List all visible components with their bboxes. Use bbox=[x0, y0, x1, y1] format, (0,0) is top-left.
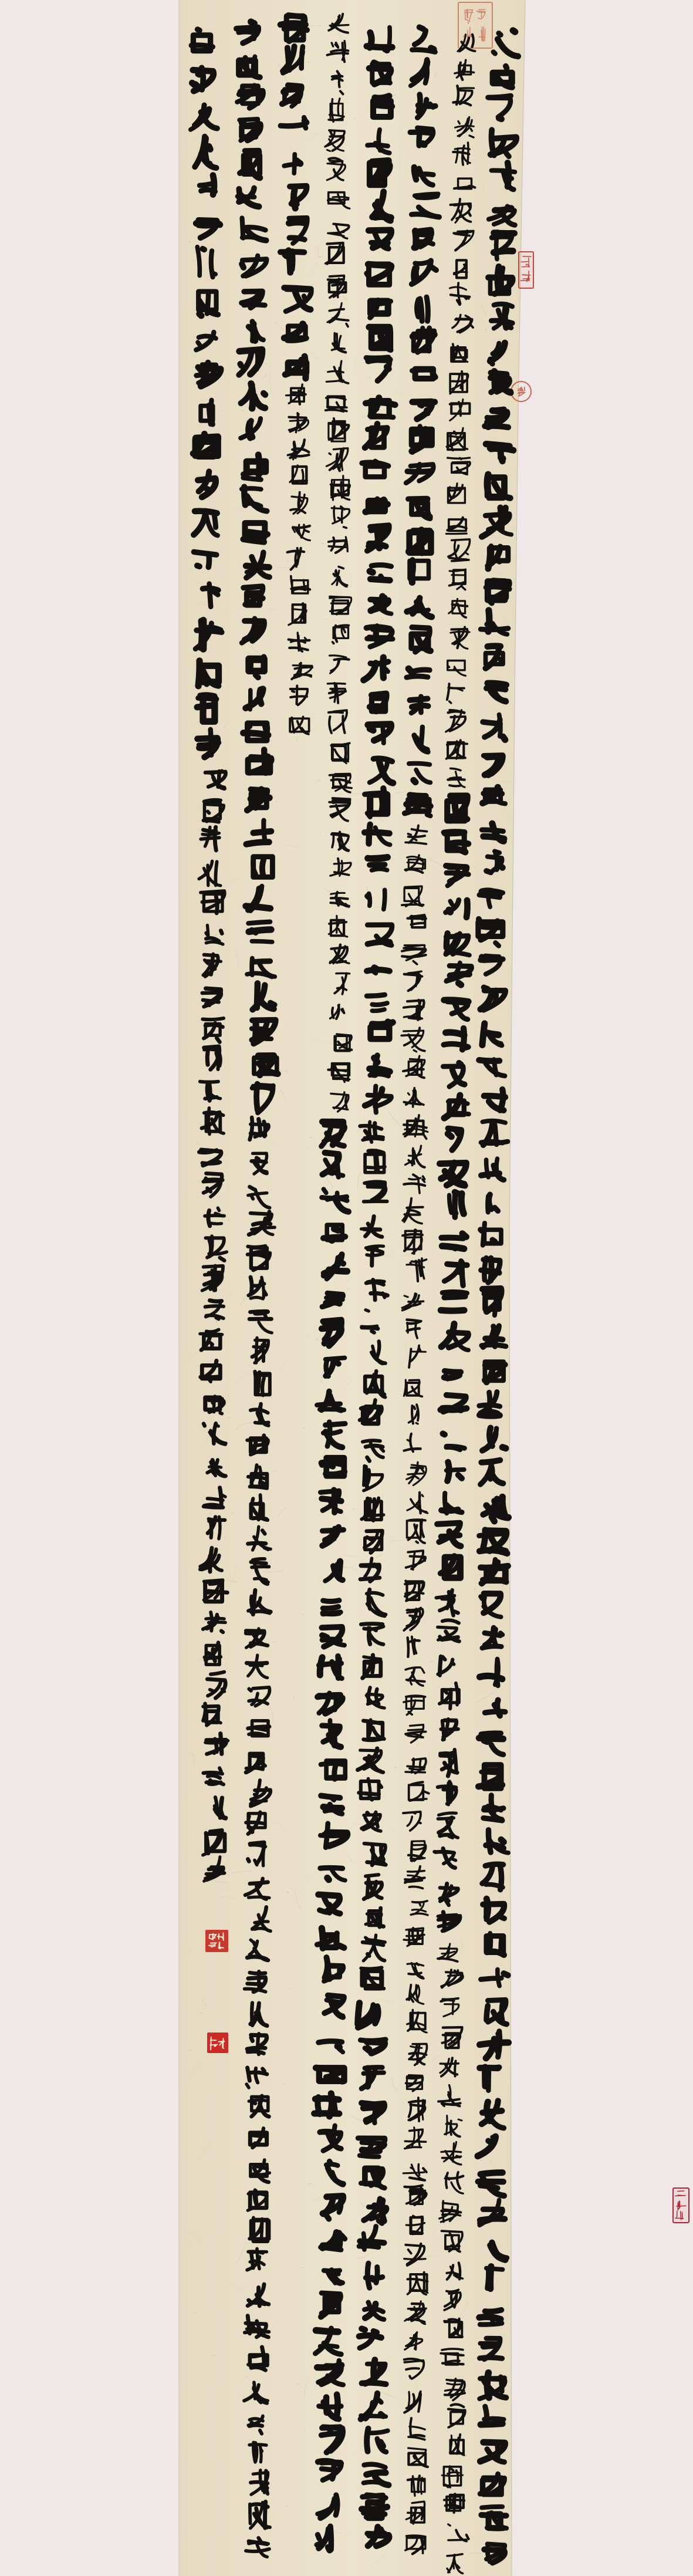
paper-speck bbox=[441, 2131, 442, 2132]
calligraphy-glyph bbox=[285, 356, 306, 379]
calligraphy-glyph bbox=[323, 1601, 341, 1614]
calligraphy-glyph bbox=[316, 2068, 344, 2082]
paper-speck bbox=[283, 316, 284, 317]
calligraphy-glyph bbox=[491, 372, 511, 393]
paper-speck bbox=[201, 2013, 202, 2014]
paper-speck bbox=[246, 2376, 247, 2377]
paper-speck bbox=[310, 1137, 312, 1138]
paper-speck bbox=[228, 1417, 229, 1418]
paper-speck bbox=[320, 832, 322, 833]
calligraphy-glyph bbox=[322, 1458, 345, 1476]
calligraphy-glyph bbox=[321, 2293, 341, 2317]
paper-speck bbox=[349, 2306, 349, 2307]
calligraphy-glyph bbox=[242, 291, 265, 308]
calligraphy-glyph bbox=[479, 1530, 508, 1554]
calligraphy-glyph bbox=[367, 264, 391, 285]
paper-speck bbox=[319, 256, 320, 257]
paper-speck bbox=[288, 1892, 289, 1893]
paper-speck bbox=[370, 1679, 370, 1679]
paper-speck bbox=[228, 1501, 228, 1501]
calligraphy-glyph bbox=[369, 63, 391, 85]
calligraphy-glyph bbox=[444, 831, 468, 852]
paper-speck bbox=[216, 1321, 218, 1322]
calligraphy-glyph bbox=[362, 2495, 387, 2518]
paper-speck bbox=[195, 2312, 196, 2313]
paper-speck bbox=[232, 1512, 232, 1513]
paper-speck bbox=[480, 2159, 481, 2160]
paper-speck bbox=[325, 657, 326, 658]
paper-speck bbox=[197, 1143, 198, 1144]
seal-edge-rectangle bbox=[519, 252, 533, 288]
calligraphy-glyph bbox=[246, 1754, 265, 1773]
paper-speck bbox=[242, 410, 244, 411]
paper-speck bbox=[330, 1849, 330, 1850]
paper-speck bbox=[270, 430, 271, 430]
seal-colophon-lower bbox=[207, 2033, 228, 2053]
paper-speck bbox=[378, 1653, 378, 1653]
paper-speck bbox=[452, 2570, 452, 2570]
paper-speck bbox=[189, 241, 190, 242]
calligraphy-glyph bbox=[359, 1779, 381, 1800]
calligraphy-glyph bbox=[441, 1556, 461, 1578]
paper-speck bbox=[403, 894, 404, 895]
paper-speck bbox=[302, 2267, 303, 2268]
seal-border bbox=[519, 252, 533, 288]
paper-speck bbox=[188, 572, 189, 572]
calligraphy-glyph bbox=[483, 787, 505, 803]
paper-speck bbox=[318, 780, 319, 781]
calligraphy-glyph bbox=[283, 46, 303, 73]
paper-speck bbox=[405, 1488, 406, 1488]
calligraphy-glyph bbox=[249, 2217, 269, 2241]
paper-speck bbox=[220, 2246, 221, 2246]
calligraphy-glyph bbox=[244, 586, 263, 605]
paper-speck bbox=[271, 1572, 271, 1573]
calligraphy-glyph bbox=[480, 2338, 502, 2359]
artwork-page bbox=[0, 0, 693, 2576]
paper-speck bbox=[297, 2383, 298, 2385]
paper-speck bbox=[340, 2533, 342, 2534]
calligraphy-glyph bbox=[240, 150, 260, 178]
paper-speck bbox=[325, 370, 326, 372]
paper-speck bbox=[190, 2050, 191, 2051]
calligraphy-glyph bbox=[484, 2544, 505, 2563]
paper-speck bbox=[432, 1593, 433, 1594]
calligraphy-glyph bbox=[363, 1720, 384, 1740]
paper-speck bbox=[284, 2083, 285, 2084]
paper-speck bbox=[400, 739, 401, 740]
paper-speck bbox=[309, 62, 310, 63]
paper-speck bbox=[265, 30, 266, 31]
paper-speck bbox=[348, 2534, 349, 2535]
calligraphy-glyph bbox=[361, 1498, 384, 1521]
calligraphy-glyph bbox=[244, 523, 268, 542]
paper-speck bbox=[215, 934, 217, 936]
paper-speck bbox=[289, 1988, 289, 1989]
calligraphy-glyph bbox=[449, 1192, 464, 1217]
paper-speck bbox=[492, 2028, 493, 2030]
calligraphy-glyph bbox=[444, 2494, 464, 2513]
paper-speck bbox=[395, 1767, 396, 1768]
paper-speck bbox=[205, 2004, 206, 2006]
calligraphy-glyph bbox=[361, 2168, 384, 2188]
paper-speck bbox=[214, 2355, 215, 2356]
paper-speck bbox=[437, 404, 438, 406]
calligraphy-glyph bbox=[479, 2310, 502, 2325]
seal-right-margin bbox=[673, 2188, 689, 2223]
calligraphy-glyph bbox=[480, 2474, 505, 2494]
paper-speck bbox=[426, 1801, 427, 1802]
paper-speck bbox=[322, 2178, 322, 2179]
paper-speck bbox=[225, 45, 226, 46]
paper-speck bbox=[322, 543, 323, 544]
calligraphy-glyph bbox=[201, 400, 213, 425]
paper-speck bbox=[410, 1325, 411, 1326]
calligraphy-glyph bbox=[487, 474, 511, 498]
paper-speck bbox=[203, 1996, 204, 1997]
paper-speck bbox=[474, 1589, 475, 1590]
paper-speck bbox=[362, 1513, 363, 1514]
calligraphy-glyph bbox=[367, 968, 390, 973]
seal-colophon-upper bbox=[205, 1930, 228, 1952]
calligraphy-glyph bbox=[202, 1108, 224, 1135]
paper-speck bbox=[328, 2004, 329, 2006]
paper-speck bbox=[286, 1688, 287, 1689]
calligraphy-glyph bbox=[444, 1371, 461, 1379]
calligraphy-glyph bbox=[322, 1627, 344, 1647]
calligraphy-glyph bbox=[408, 530, 431, 553]
paper-speck bbox=[303, 1427, 305, 1429]
paper-speck bbox=[278, 1743, 279, 1744]
calligraphy-glyph bbox=[247, 789, 269, 811]
paper-speck bbox=[354, 117, 356, 119]
paper-speck bbox=[370, 377, 371, 378]
paper-speck bbox=[466, 2455, 467, 2456]
paper-speck bbox=[362, 76, 363, 77]
calligraphy-glyph bbox=[366, 499, 387, 512]
seal-script-icon bbox=[518, 387, 525, 396]
calligraphy-glyph bbox=[408, 498, 430, 518]
calligraphy-glyph bbox=[204, 1580, 227, 1602]
paper-speck bbox=[276, 801, 277, 802]
scroll-paper bbox=[179, 0, 525, 2576]
calligraphy-glyph bbox=[250, 2501, 270, 2528]
paper-speck bbox=[316, 1339, 317, 1341]
paper-speck bbox=[394, 95, 395, 96]
seal-body bbox=[205, 1930, 228, 1952]
paper-speck bbox=[348, 853, 349, 854]
calligraphy-glyph bbox=[282, 85, 302, 106]
paper-speck bbox=[298, 1424, 299, 1425]
calligraphy-glyph bbox=[366, 1908, 383, 1927]
paper-speck bbox=[347, 1288, 349, 1289]
paper-speck bbox=[302, 1614, 303, 1615]
paper-speck bbox=[288, 561, 289, 562]
paper-sheet bbox=[179, 0, 525, 2576]
paper-speck bbox=[286, 2505, 288, 2506]
calligraphy-scroll-artwork bbox=[0, 0, 693, 2576]
calligraphy-glyph bbox=[248, 2190, 267, 2210]
calligraphy-glyph bbox=[369, 327, 391, 350]
calligraphy-glyph bbox=[418, 297, 428, 321]
paper-speck bbox=[485, 329, 486, 330]
calligraphy-glyph bbox=[237, 86, 263, 109]
calligraphy-glyph bbox=[247, 1436, 268, 1455]
paper-speck bbox=[290, 147, 291, 148]
paper-speck bbox=[353, 1508, 354, 1510]
calligraphy-glyph bbox=[405, 795, 431, 816]
paper-speck bbox=[472, 461, 474, 462]
calligraphy-glyph bbox=[200, 1329, 222, 1350]
calligraphy-glyph bbox=[244, 723, 268, 740]
paper-speck bbox=[360, 836, 361, 837]
paper-speck bbox=[191, 1951, 191, 1952]
paper-speck bbox=[184, 707, 184, 708]
calligraphy-glyph bbox=[406, 2075, 423, 2091]
paper-speck bbox=[369, 420, 370, 421]
paper-speck bbox=[228, 1220, 229, 1221]
calligraphy-glyph bbox=[361, 1967, 384, 1988]
